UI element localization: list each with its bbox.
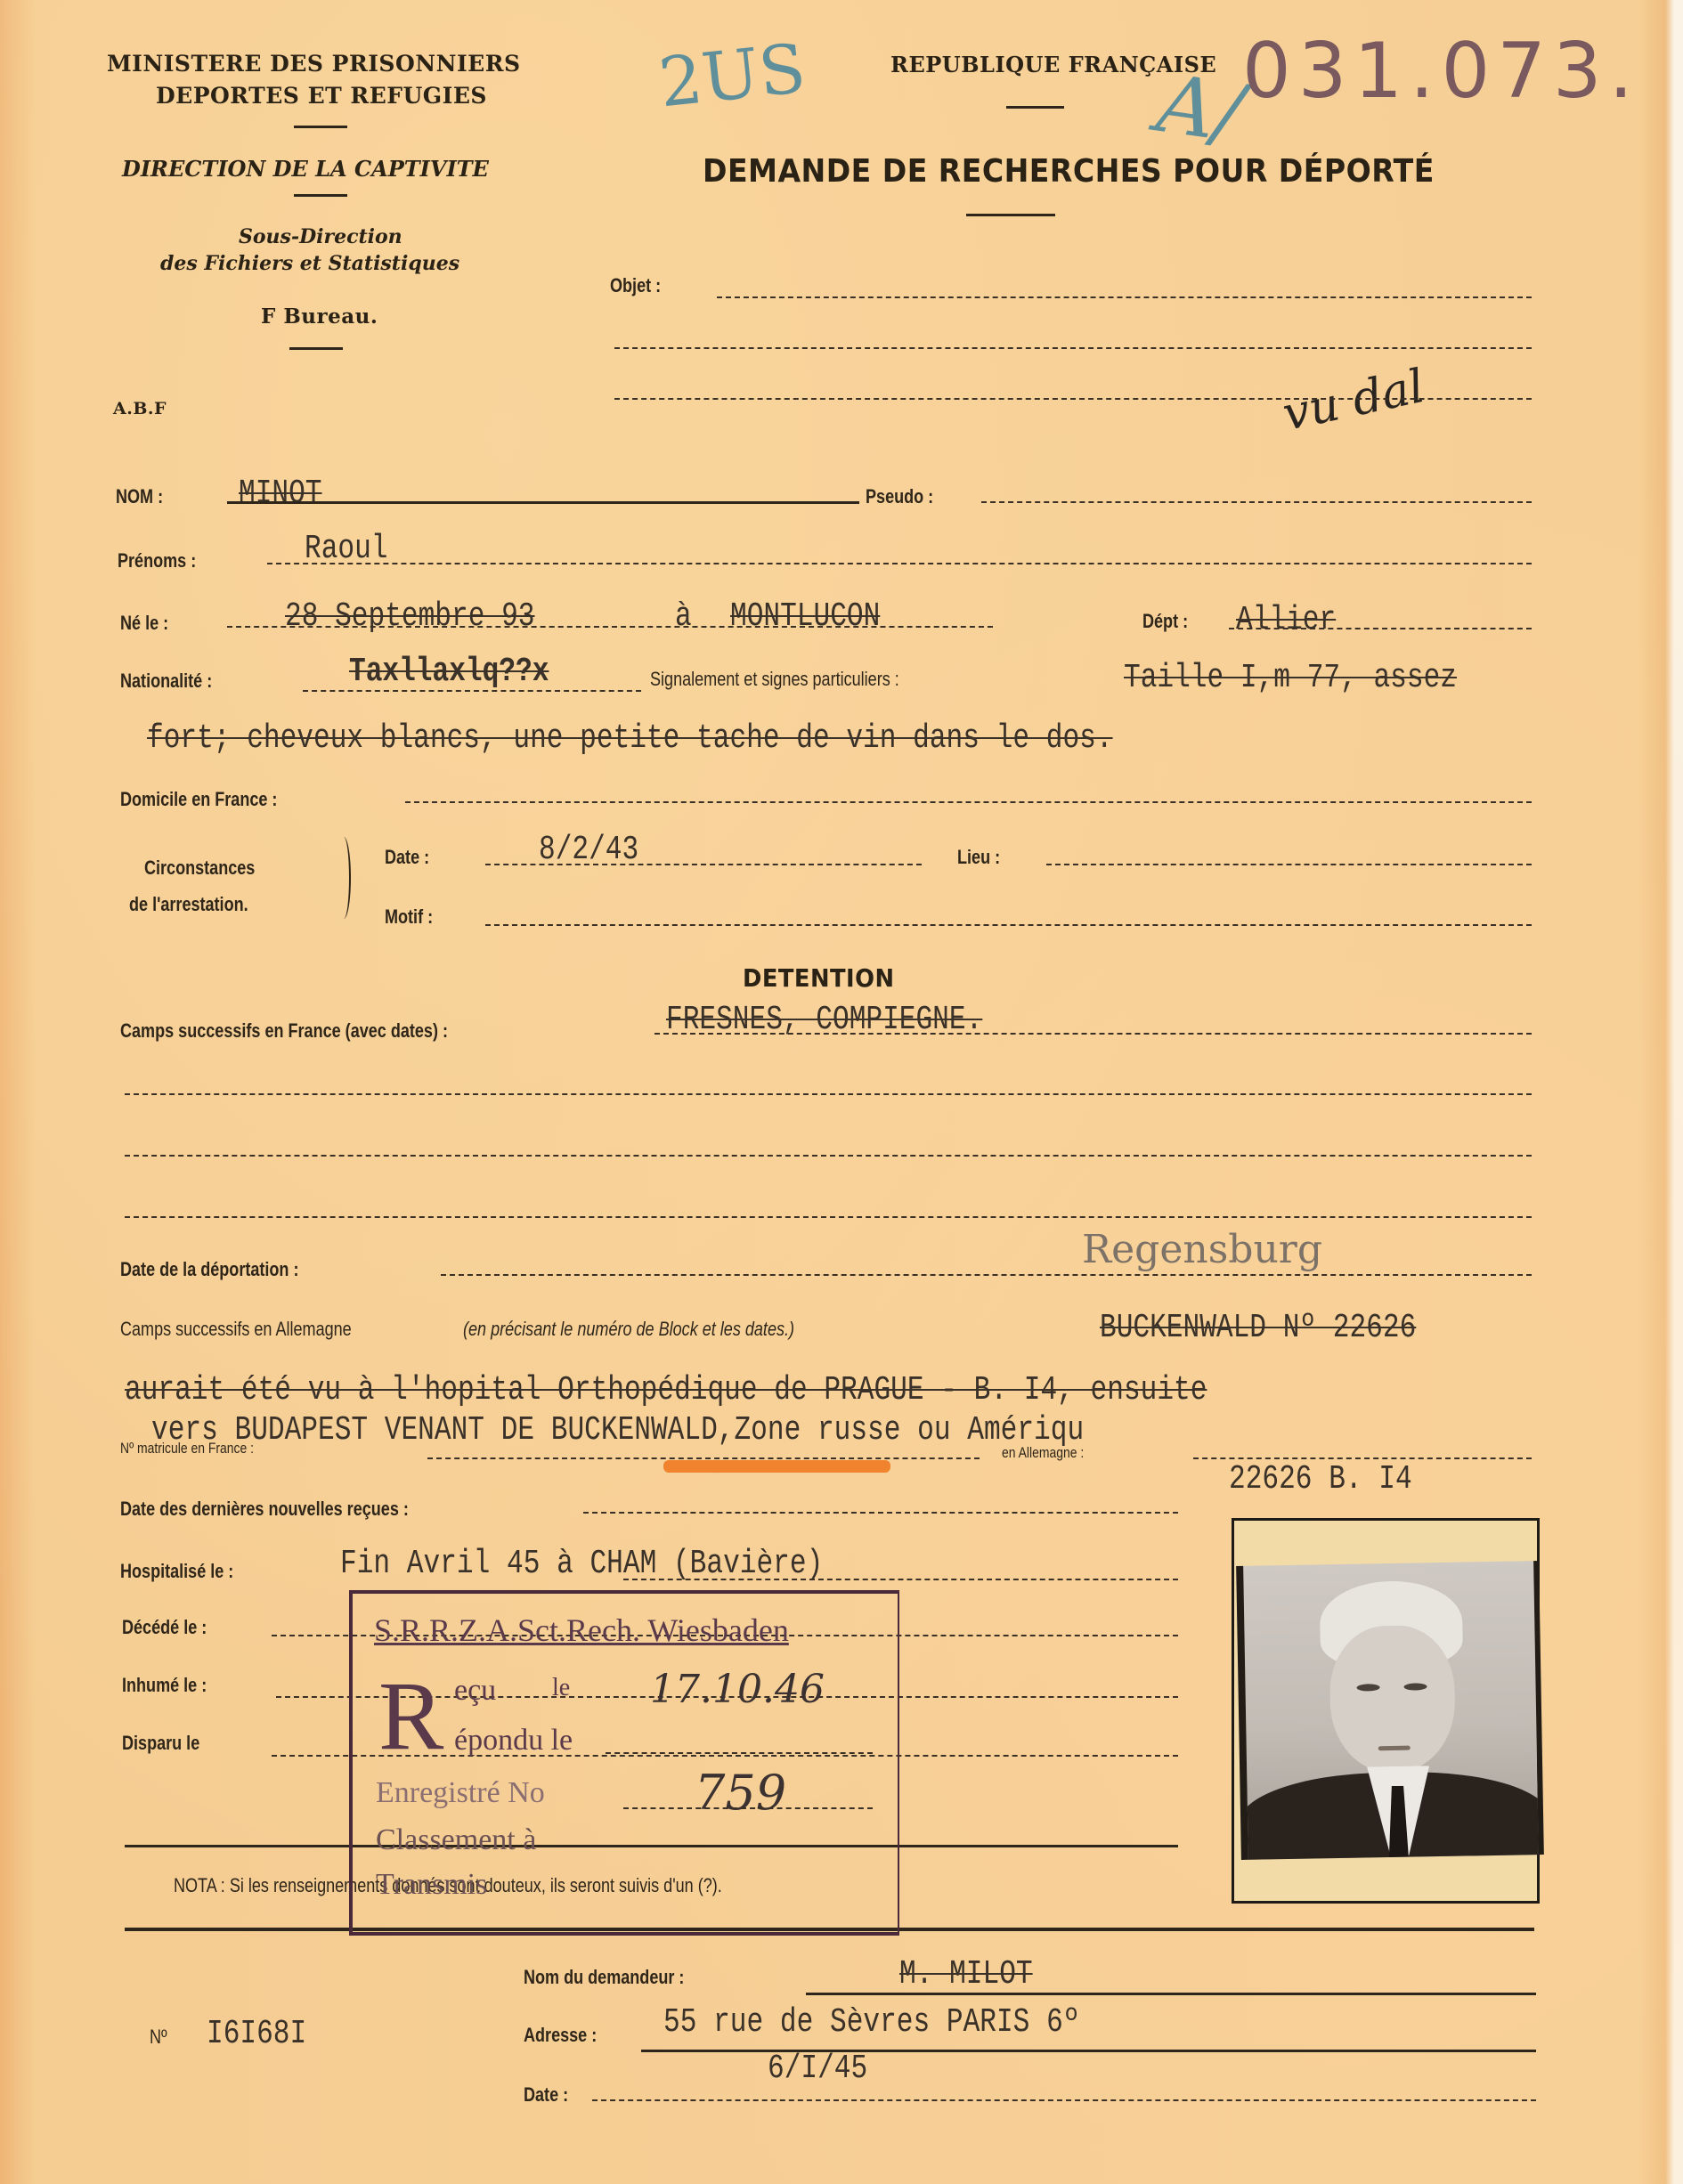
arrest-label-line1: Circonstances [144,857,255,880]
request-number: I6I68I [207,2015,306,2053]
dept-label: Dépt : [1142,610,1188,633]
form-title: DEMANDE DE RECHERCHES POUR DÉPORTÉ [703,153,1435,190]
nationalite-value[interactable]: Taxllaxlq??x [349,653,549,691]
objet-field[interactable] [717,296,1532,298]
objet-field-line2[interactable] [614,347,1532,349]
number-prefix: Nº [150,2026,167,2049]
stamp-big-letter: R [378,1667,443,1765]
stamp-enregistre-label: Enregistré No [376,1776,545,1810]
divider [1006,106,1064,109]
camps-france-line3[interactable] [125,1155,1532,1157]
stamp-number: 031.073. [1242,27,1640,116]
disparu-label: Disparu le [122,1732,199,1755]
date-deportation-field[interactable] [441,1274,1532,1276]
ministry-line2: DEPORTES ET REFUGIES [156,83,487,109]
adresse-label: Adresse : [524,2024,597,2047]
camps-allemagne-value[interactable]: BUCKENWALD Nº 22626 [1100,1309,1416,1347]
arrest-lieu-label: Lieu : [957,846,1000,869]
arrest-date-label: Date : [385,846,429,869]
matricule-allemagne-value[interactable]: 22626 B. I4 [1229,1460,1412,1498]
pseudo-field[interactable] [981,501,1532,503]
matricule-france-label: Nº matricule en France : [120,1440,254,1457]
camps-allemagne-hint: (en précisant le numéro de Block et les … [463,1318,794,1341]
objet-field-line3[interactable] [614,398,1532,400]
adresse-value[interactable]: 55 rue de Sèvres PARIS 6º [663,2003,1079,2042]
hospitalise-value[interactable]: Fin Avril 45 à CHAM (Bavière) [340,1545,823,1583]
arrest-motif-label: Motif : [385,905,433,929]
arrest-date-field [485,864,922,865]
divider [294,126,347,128]
sub-direction-line2: des Fichiers et Statistiques [160,252,459,275]
stamp-repondu: épondu le [454,1724,573,1758]
camps-france-label: Camps successifs en France (avec dates) … [120,1019,448,1043]
matricule-allemagne-field[interactable] [1193,1457,1532,1459]
stamp-transmis: Transmis [376,1868,487,1902]
demandeur-field [806,1993,1536,1995]
prenoms-label: Prénoms : [118,549,196,572]
signalement-value-line2[interactable]: fort; cheveux blancs, une petite tache d… [147,719,1113,758]
birth-field [227,626,993,628]
nationalite-field [303,690,641,692]
stamp-recu: eçu [454,1674,496,1708]
portrait-photo [1236,1561,1544,1860]
hospitalise-field [623,1579,1178,1580]
signalement-label: Signalement et signes particuliers : [650,668,899,691]
sub-direction-line1: Sous-Direction [239,225,402,248]
camps-france-line2[interactable] [125,1093,1532,1095]
nom-field [227,501,859,504]
camps-allemagne-value-line3[interactable]: vers BUDAPEST VENANT DE BUCKENWALD,Zone … [151,1411,1084,1449]
objet-label: Objet : [610,274,661,297]
arrest-label-line2: de l'arrestation. [129,893,248,916]
demandeur-label: Nom du demandeur : [524,1966,684,1989]
matricule-france-field[interactable] [427,1457,980,1459]
date-deportation-label: Date de la déportation : [120,1258,298,1281]
divider [294,194,347,197]
arrest-motif-field[interactable] [485,924,1532,926]
decede-label: Décédé le : [122,1616,207,1639]
inhume-label: Inhumé le : [122,1674,207,1697]
stamp-recu-date[interactable]: 17.10.46 [650,1667,825,1712]
blue-pencil-code: 2US [655,28,809,123]
signalement-value-line1[interactable]: Taille I,m 77, assez [1124,659,1457,697]
dept-field [1229,628,1532,629]
brace [337,837,351,919]
divider [289,347,343,350]
camps-france-field [654,1033,1532,1035]
stamp-classement: Classement à [376,1823,536,1857]
prenoms-field [267,563,1532,564]
direction-title: DIRECTION DE LA CAPTIVITE [122,156,489,182]
arrest-lieu-field[interactable] [1046,864,1532,865]
nationalite-label: Nationalité : [120,670,212,693]
stamp-repondu-field[interactable] [606,1752,873,1754]
handwritten-regensburg-note: Regensburg [1082,1227,1322,1272]
camps-allemagne-label: Camps successifs en Allemagne [120,1318,352,1341]
date-field [592,2099,1536,2101]
abf-label: A.B.F [113,399,167,418]
orange-marker-underline [663,1460,890,1473]
detention-heading: DETENTION [743,963,894,993]
nom-value[interactable]: MINOT [239,475,322,513]
domicile-label: Domicile en France : [120,788,277,811]
nom-label: NOM : [116,485,163,508]
birth-place-prefix: à [675,597,692,636]
stamp-enregistre-value[interactable]: 759 [695,1765,786,1821]
birth-date-value[interactable]: 28 Septembre 93 [285,597,534,636]
dernieres-nouvelles-field[interactable] [583,1512,1178,1514]
dernieres-nouvelles-label: Date des dernières nouvelles reçues : [120,1498,409,1521]
birth-place-value[interactable]: MONTLUCON [730,597,880,636]
domicile-field[interactable] [405,801,1532,803]
ne-le-label: Né le : [120,612,168,635]
pseudo-label: Pseudo : [866,485,933,508]
dept-value[interactable]: Allier [1236,601,1336,639]
divider [966,214,1055,216]
request-date-value[interactable]: 6/I/45 [768,2050,867,2088]
hospitalise-label: Hospitalisé le : [120,1560,233,1583]
matricule-allemagne-label: en Allemagne : [1002,1444,1084,1462]
camps-allemagne-value-line2[interactable]: aurait été vu à l'hopital Orthopédique d… [125,1371,1207,1409]
ministry-line1: MINISTERE DES PRISONNIERS [107,51,521,77]
stamp-le: le [552,1674,570,1702]
camps-france-line4[interactable] [125,1216,1532,1218]
stamp-enregistre-field [623,1807,873,1809]
demandeur-value[interactable]: M. MILOT [899,1955,1033,1993]
blue-pencil-mark: A/ [1151,57,1248,161]
date-label: Date : [524,2083,568,2107]
stamp-office: S.R.R.Z.A.Sct.Rech. Wiesbaden [374,1612,789,1649]
bureau-label: F Bureau. [261,304,378,329]
